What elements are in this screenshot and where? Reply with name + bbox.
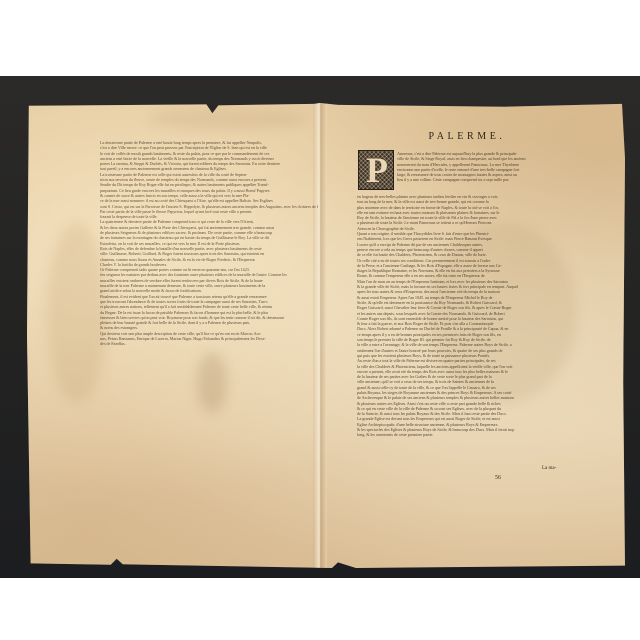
right-page-text-column: en largeur de tres-belles plaines avec p… [357, 194, 553, 464]
page-number: 56 [495, 475, 501, 481]
text-layer: La deuxiesme partie de Palerme a esté ba… [27, 103, 625, 568]
text-line: lieu il y a une colline. Ceste campagne … [397, 177, 553, 182]
text-line: long, & les ornements de ceste premiere … [357, 432, 553, 437]
page-title: PALERME. [407, 131, 527, 142]
text-line: des de Fazellus. [100, 341, 318, 346]
drop-cap-letter: P [359, 149, 395, 191]
catchword: La ma- [542, 466, 556, 471]
left-page-text-column: La deuxiesme partie de Palerme a esté ba… [100, 140, 318, 360]
text-line: feu seigneur les maistres par dedans ave… [100, 272, 318, 277]
decorated-initial: P [358, 150, 394, 190]
right-page-intro-text: Anormus, c'est a dire Palerme est aujour… [397, 151, 553, 193]
